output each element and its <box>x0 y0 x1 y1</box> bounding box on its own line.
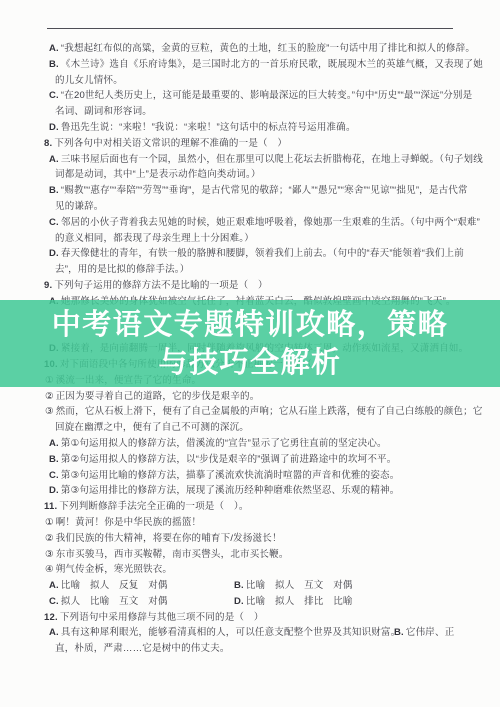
text-line: D.第③句运用排比的修辞方法，展现了溪流历经种种磨难依然坚忍、乐观的精神。 <box>49 483 496 499</box>
text-line: ②正因为要寻着自己的道路，它的步伐是艰辛的。 <box>45 389 496 405</box>
line-marker: ③ <box>45 406 54 417</box>
line-text: “我想起红布似的高粱，金黄的豆粒，黄色的土地，红玉的脸庞”一句话中用了排比和拟人… <box>61 43 475 54</box>
line-text: 第③句运用比喻的修辞方法，描摹了溪流欢快流淌时喧嚣的声音和优雅的姿态。 <box>61 470 400 481</box>
promo-overlay: 中考语文专题特训攻略，策略 与技巧全解析 <box>0 300 500 387</box>
line-text: 比喻 拟人 互文 对偶 <box>246 580 353 591</box>
text-line: 直，朴质，严肃……它是树中的伟丈夫。 <box>53 641 496 657</box>
line-marker: ② <box>45 533 54 544</box>
line-marker: B. <box>234 580 244 591</box>
line-text: 词都是动词，其中“上”是表示动作趋向类动词。） <box>55 169 261 180</box>
line-text: 第①句运用拟人的修辞方法，借溪流的“宣告”显示了它勇往直前的坚定决心。 <box>61 438 387 449</box>
line-column: A.比喻 拟人 反复 对偶 <box>49 578 234 594</box>
line-marker: A. <box>49 438 59 449</box>
line-marker: A. <box>49 43 59 54</box>
line-text: 春天像健壮的青年，有铁一般的胳膊和腰脚，领着我们上前去。（句中的“春天”能领着“… <box>61 248 464 259</box>
line-text: 比喻 拟人 反复 对偶 <box>61 580 168 591</box>
line-text: 我们民族的伟大精神，将要在你的哺育下/发扬滋长！ <box>56 533 282 544</box>
text-line: 的意义相同，都表现了母亲生理上十分困难。） <box>53 231 496 247</box>
text-line: A.“我想起红布似的高粱，金黄的豆粒，黄色的土地，红玉的脸庞”一句话中用了排比和… <box>49 41 496 57</box>
text-line: ②我们民族的伟大精神，将要在你的哺育下/发扬滋长！ <box>45 531 496 547</box>
text-line: A.三味书屋后面也有一个园，虽然小，但在那里可以爬上花坛去折腊梅花，在地上寻蝉蜕… <box>49 152 496 168</box>
text-line: 12.下列语句中采用修辞与其他三项不同的是（ ） <box>44 610 496 626</box>
text-line: ①啊！黄河！你是中华民族的摇篮！ <box>45 515 496 531</box>
line-marker: C. <box>49 217 59 228</box>
text-line: C.“在20世纪人类历史上，这可能是最重要的、影响最深远的巨大转变。”句中“历史… <box>49 88 496 104</box>
line-marker: A. <box>49 154 59 165</box>
text-line: 见的谦辞。 <box>53 199 496 215</box>
text-line: B.第②句运用拟人的修辞方法，以“步伐是艰辛的”强调了前进路途中的坎坷不平。 <box>49 452 496 468</box>
text-line: 词都是动词，其中“上”是表示动作趋向类动词。） <box>53 167 496 183</box>
text-line: A.比喻 拟人 反复 对偶B.比喻 拟人 互文 对偶 <box>49 578 496 594</box>
line-text: 邻居的小伙子背着我去见她的时候，她正艰难地呼吸着，像她那一生艰难的生活。（句中两… <box>61 217 480 228</box>
line-marker: 12. <box>44 612 58 623</box>
line-column: B.它伟岸、正 <box>394 625 454 641</box>
line-text: 拟人 比喻 互文 对偶 <box>61 596 168 607</box>
exam-page: A.“我想起红布似的高粱，金黄的豆粒，黄色的土地，红玉的脸庞”一句话中用了排比和… <box>0 0 500 707</box>
line-text: 下列语句中采用修辞与其他三项不同的是（ ） <box>60 612 264 623</box>
text-line: ③然而，它从石板上滑下，便有了自己金属般的声响；它从石崖上跌落，便有了自己白练般… <box>45 404 496 420</box>
text-line: B.《木兰诗》选自《乐府诗集》，是三国时北方的一首乐府民歌，既展现木兰的英雄气概… <box>49 57 496 73</box>
line-text: 去”，用的是比拟的修辞手法。） <box>55 264 189 275</box>
text-line: A.具有这种犀利眼光，能够看清真相的人，可以任意支配整个世界及其知识财富。B.它… <box>49 625 496 641</box>
text-line: D.鲁迅先生说：“来啦！”我说：“来啦！”这句话中的标点符号运用准确。 <box>49 120 496 136</box>
text-line: ③东市买骏马，西市买鞍鞯，南市买辔头，北市买长鞭。 <box>45 547 496 563</box>
text-line: A.第①句运用拟人的修辞方法，借溪流的“宣告”显示了它勇往直前的坚定决心。 <box>49 436 496 452</box>
line-text: 鲁迅先生说：“来啦！”我说：“来啦！”这句话中的标点符号运用准确。 <box>61 122 356 133</box>
line-marker: B. <box>394 627 404 638</box>
line-column: D.比喻 拟人 排比 比喻 <box>234 594 353 610</box>
text-line: 回旋在幽潭之中，便有了自己不可测的深沉。 <box>53 420 496 436</box>
text-line: D.春天像健壮的青年，有铁一般的胳膊和腰脚，领着我们上前去。（句中的“春天”能领… <box>49 246 496 262</box>
line-marker: B. <box>49 185 59 196</box>
line-marker: B. <box>49 454 59 465</box>
line-text: 下列各句中对相关语文常识的理解不准确的一是（ ） <box>54 138 287 149</box>
line-marker: D. <box>49 122 59 133</box>
line-text: 比喻 拟人 排比 比喻 <box>246 596 353 607</box>
overlay-title-line1: 中考语文专题特训攻略，策略 <box>52 306 449 344</box>
line-text: 三味书屋后面也有一个园，虽然小，但在那里可以爬上花坛去折腊梅花，在地上寻蝉蜕。（… <box>61 154 483 165</box>
line-marker: ① <box>45 517 54 528</box>
line-marker: D. <box>49 248 59 259</box>
line-text: 的意义相同，都表现了母亲生理上十分困难。） <box>55 233 254 244</box>
line-marker: D. <box>49 485 59 496</box>
overlay-title-line2: 与技巧全解析 <box>158 344 341 382</box>
line-text: 朔气传金柝，寒光照铁衣。 <box>56 564 172 575</box>
text-line: 11.下列判断修辞手法完全正确的一项是（ ）。 <box>44 499 496 515</box>
line-marker: C. <box>49 470 59 481</box>
line-text: 的儿女儿情怀。 <box>55 75 123 86</box>
text-line: 9.下列句子运用的修辞方法不是比喻的一项是（ ） <box>44 278 496 294</box>
line-text: 正因为要寻着自己的道路，它的步伐是艰辛的。 <box>56 391 260 402</box>
line-marker: 11. <box>44 501 57 512</box>
text-line: ④朔气传金柝，寒光照铁衣。 <box>45 562 496 578</box>
text-line: 去”，用的是比拟的修辞手法。） <box>53 262 496 278</box>
line-column: C.拟人 比喻 互文 对偶 <box>49 594 234 610</box>
line-text: 具有这种犀利眼光，能够看清真相的人，可以任意支配整个世界及其知识财富。 <box>61 627 401 638</box>
text-line: B.“赐教”“惠存”“奉陪”“劳驾”“垂询”，是古代常见的敬辞；“鄙人”“愚兄”… <box>49 183 496 199</box>
line-column: A.具有这种犀利眼光，能够看清真相的人，可以任意支配整个世界及其知识财富。 <box>49 625 394 641</box>
line-marker: ③ <box>45 549 54 560</box>
line-column: B.比喻 拟人 互文 对偶 <box>234 578 353 594</box>
line-text: 啊！黄河！你是中华民族的摇篮！ <box>56 517 202 528</box>
line-text: 然而，它从石板上滑下，便有了自己金属般的声响；它从石崖上跌落，便有了自己白练般的… <box>56 406 483 417</box>
line-text: 《木兰诗》选自《乐府诗集》，是三国时北方的一首乐府民歌，既展现木兰的英雄气概，又… <box>61 59 483 70</box>
line-text: 下列句子运用的修辞方法不是比喻的一项是（ ） <box>54 280 267 291</box>
line-text: 见的谦辞。 <box>55 201 104 212</box>
text-line: 名词、副词和形容词。 <box>53 104 496 120</box>
text-line: C.第③句运用比喻的修辞方法，描摹了溪流欢快流淌时喧嚣的声音和优雅的姿态。 <box>49 468 496 484</box>
line-marker: 9. <box>44 280 52 291</box>
line-text: 回旋在幽潭之中，便有了自己不可测的深沉。 <box>55 422 249 433</box>
text-line: C.拟人 比喻 互文 对偶D.比喻 拟人 排比 比喻 <box>49 594 496 610</box>
line-marker: C. <box>49 90 59 101</box>
line-marker: ④ <box>45 564 54 575</box>
line-marker: B. <box>49 59 59 70</box>
text-line: C.邻居的小伙子背着我去见她的时候，她正艰难地呼吸着，像她那一生艰难的生活。（句… <box>49 215 496 231</box>
line-text: 下列判断修辞手法完全正确的一项是（ ）。 <box>59 501 248 512</box>
line-text: 它伟岸、正 <box>406 627 455 638</box>
line-text: 东市买骏马，西市买鞍鞯，南市买辔头，北市买长鞭。 <box>56 549 289 560</box>
text-line: 8.下列各句中对相关语文常识的理解不准确的一是（ ） <box>44 136 496 152</box>
text-line: 的儿女儿情怀。 <box>53 73 496 89</box>
line-text: 名词、副词和形容词。 <box>55 106 152 117</box>
line-text: 第③句运用排比的修辞方法，展现了溪流历经种种磨难依然坚忍、乐观的精神。 <box>61 485 400 496</box>
line-text: 第②句运用拟人的修辞方法，以“步伐是艰辛的”强调了前进路途中的坎坷不平。 <box>61 454 397 465</box>
top-divider <box>47 28 453 29</box>
line-marker: ② <box>45 391 54 402</box>
line-marker: C. <box>49 596 59 607</box>
line-marker: 8. <box>44 138 52 149</box>
line-text: “在20世纪人类历史上，这可能是最重要的、影响最深远的巨大转变。”句中“历史”“… <box>61 90 472 101</box>
line-text: 直，朴质，严肃……它是树中的伟丈夫。 <box>55 643 230 654</box>
line-text: “赐教”“惠存”“奉陪”“劳驾”“垂询”，是古代常见的敬辞；“鄙人”“愚兄”“寒… <box>61 185 468 196</box>
line-marker: A. <box>49 627 59 638</box>
line-marker: A. <box>49 580 59 591</box>
line-marker: D. <box>234 596 244 607</box>
